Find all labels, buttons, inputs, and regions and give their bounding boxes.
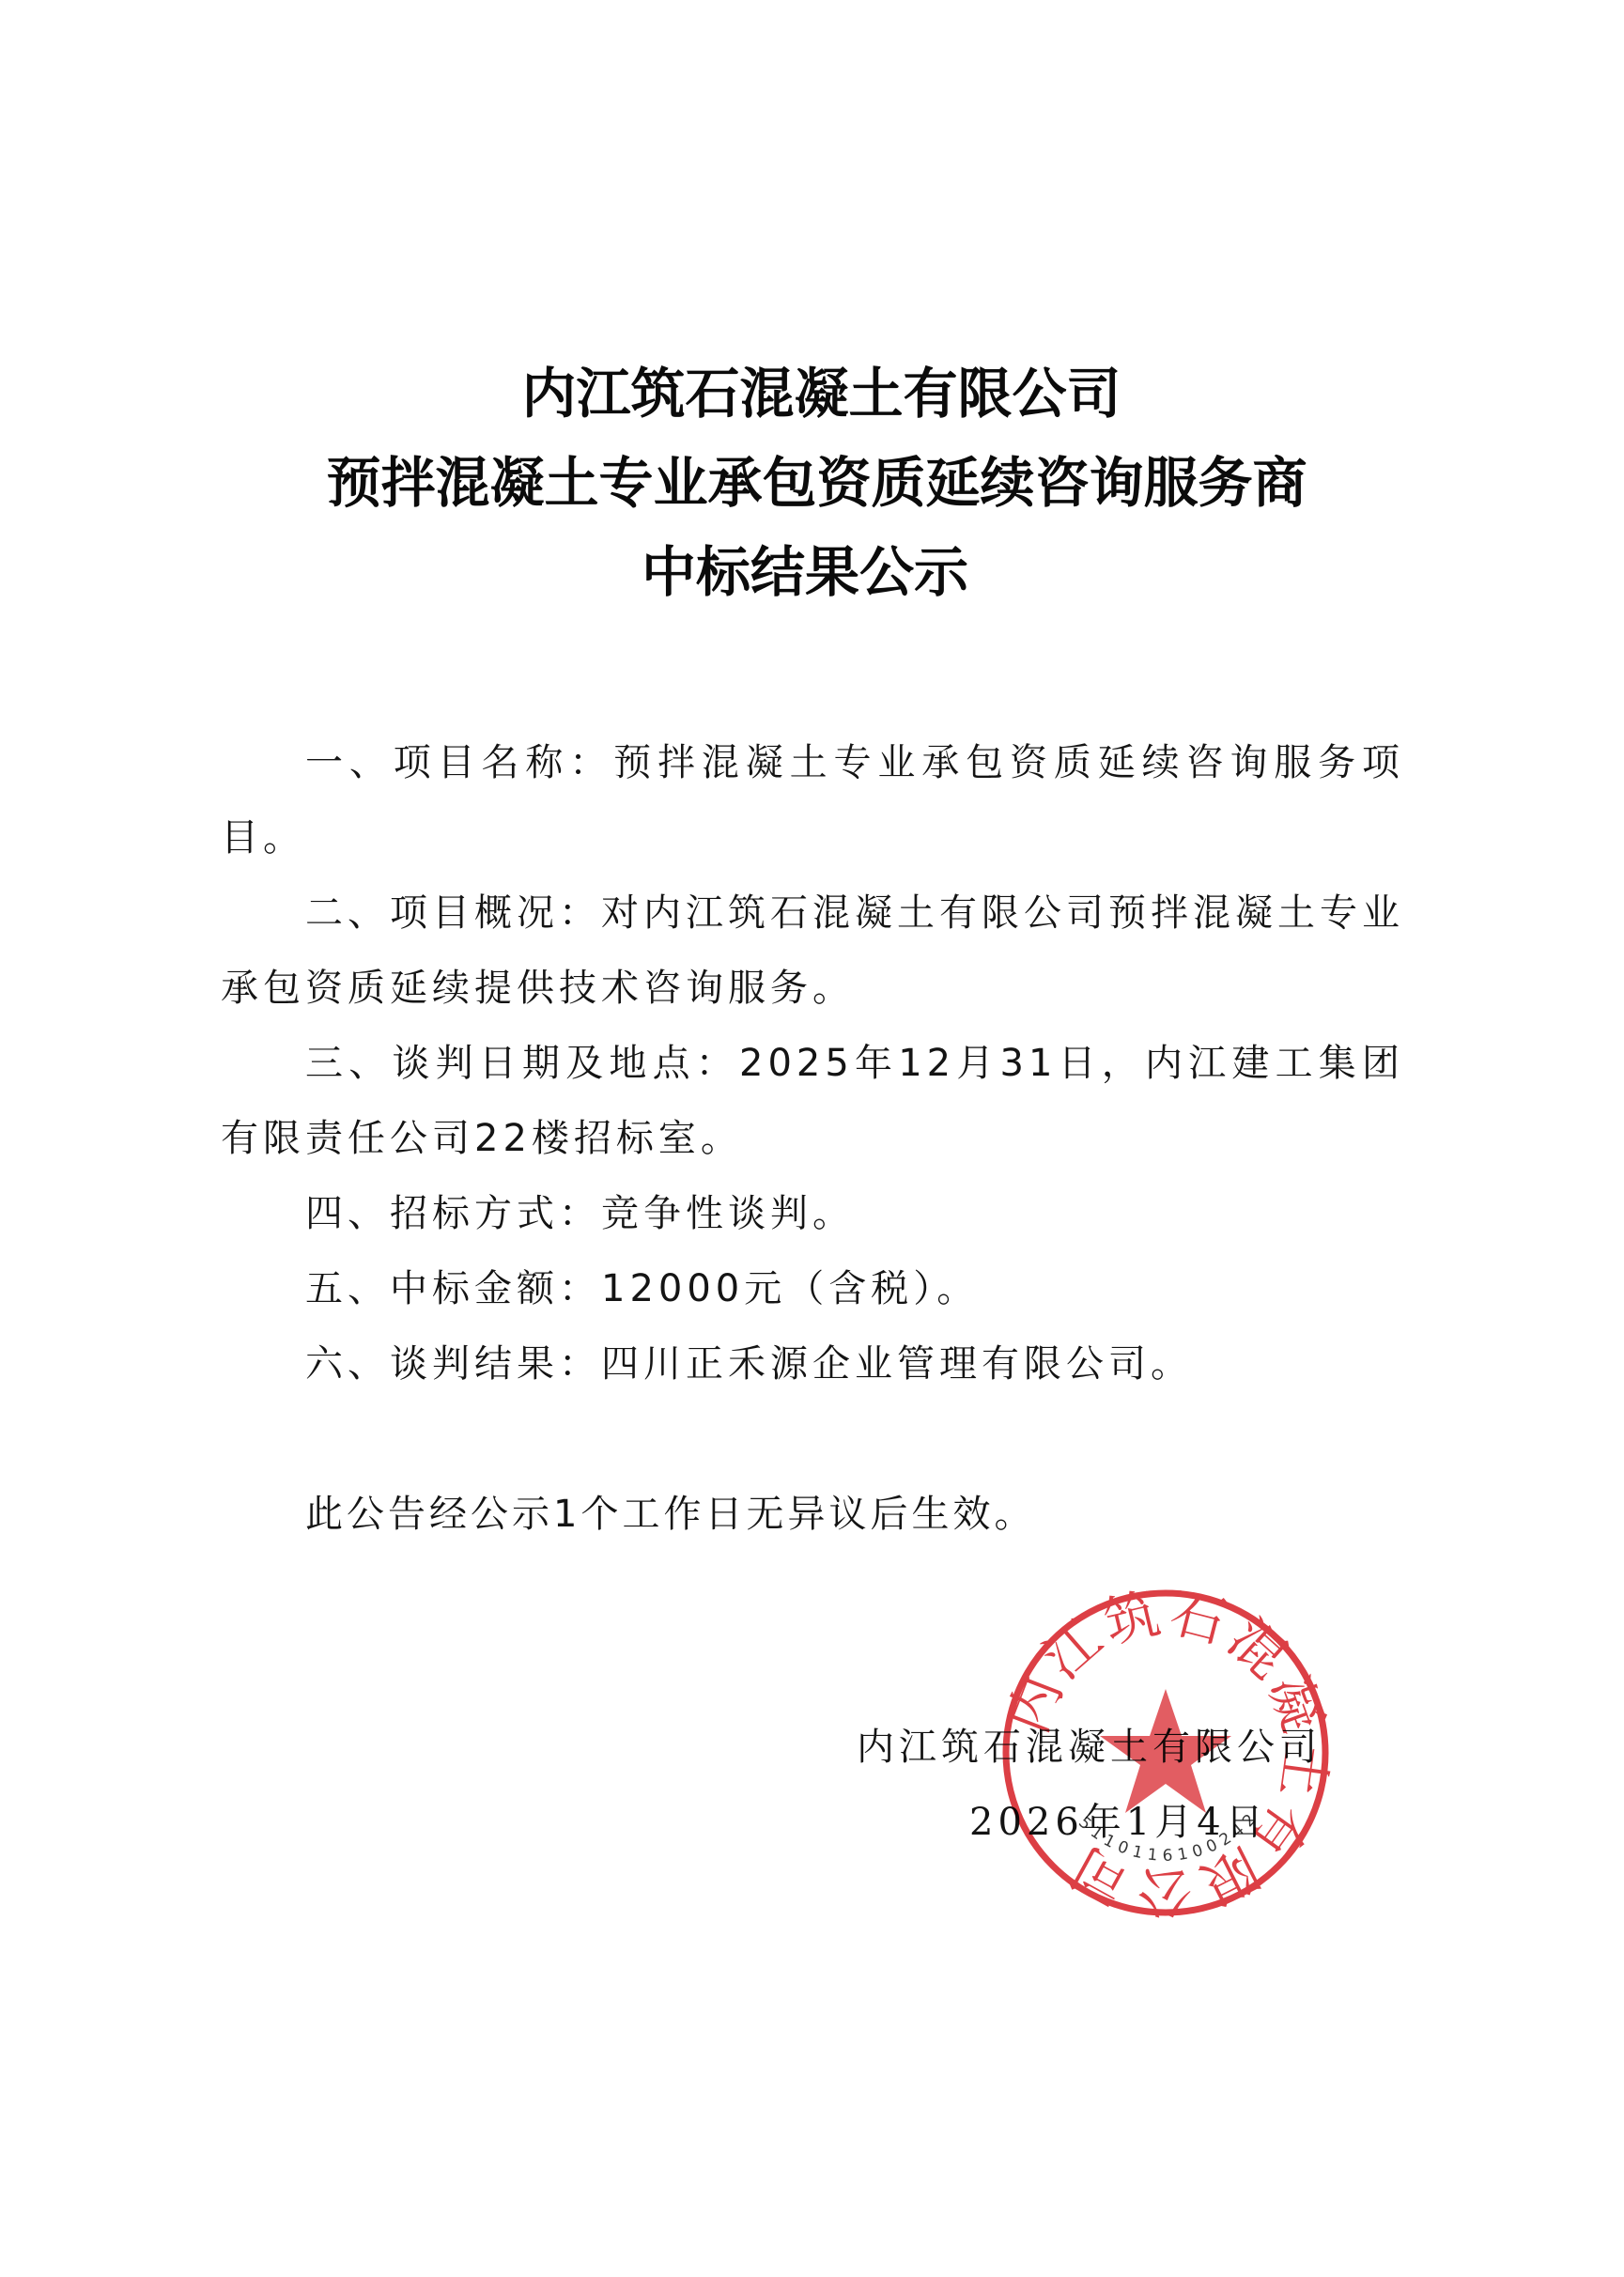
item-label: 四、招标方式： [305,1192,601,1235]
item-text: 竞争性谈判。 [601,1192,855,1235]
item-negotiation-result: 六、谈判结果：四川正禾源企业管理有限公司。 [221,1326,1404,1402]
item-label: 一、项目名称： [305,741,613,784]
company-seal-stamp: 内江筑石混凝土有限公司 5110116100242 [998,1586,1333,1920]
item-label: 六、谈判结果： [305,1342,601,1386]
title-project: 预拌混凝土专业承包资质延续咨询服务商 [9,439,1624,528]
notice-text: 此公告经公示1个工作日无异议后生效。 [305,1477,1035,1552]
item-project-overview: 二、项目概况：对内江筑石混凝土有限公司预拌混凝土专业承包资质延续提供技术咨询服务… [221,875,1404,1026]
document-body: 一、项目名称：预拌混凝土专业承包资质延续咨询服务项目。 二、项目概况：对内江筑石… [221,725,1404,1402]
seal-icon: 内江筑石混凝土有限公司 5110116100242 [998,1586,1333,1920]
item-project-name: 一、项目名称：预拌混凝土专业承包资质延续咨询服务项目。 [221,725,1404,875]
item-bidding-method: 四、招标方式：竞争性谈判。 [221,1176,1404,1251]
item-text: 12000元（含税）。 [601,1267,979,1310]
title-announcement: 中标结果公示 [0,528,1624,617]
item-label: 二、项目概况： [305,891,601,935]
item-winning-amount: 五、中标金额：12000元（含税）。 [221,1251,1404,1326]
document-title: 内江筑石混凝土有限公司 预拌混凝土专业承包资质延续咨询服务商 中标结果公示 [0,349,1624,617]
seal-star-icon [1100,1689,1231,1813]
title-company: 内江筑石混凝土有限公司 [19,349,1624,439]
document-page: 内江筑石混凝土有限公司 预拌混凝土专业承包资质延续咨询服务商 中标结果公示 一、… [0,0,1624,2277]
item-negotiation-date-place: 三、谈判日期及地点：2025年12月31日，内江建工集团有限责任公司22楼招标室… [221,1026,1404,1176]
item-label: 三、谈判日期及地点： [305,1042,739,1085]
item-text: 四川正禾源企业管理有限公司。 [601,1342,1193,1386]
item-label: 五、中标金额： [305,1267,601,1310]
